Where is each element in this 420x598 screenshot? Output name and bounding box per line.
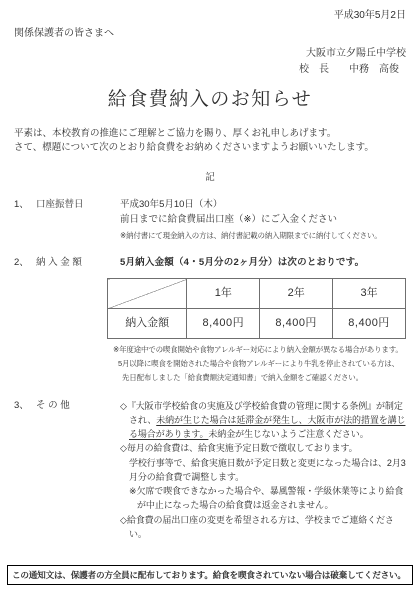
table-header-row: 1年 2年 3年 <box>108 279 406 309</box>
table-note-2: 5月以降に喫食を開始された場合や食物アレルギーにより牛乳を停止されている方は、 <box>113 357 406 371</box>
grade-2-amount: 8,400円 <box>260 309 333 339</box>
page-title: 給食費納入のお知らせ <box>14 86 406 115</box>
amount-row-label: 納入金額 <box>108 309 187 339</box>
section2-label: 2、 納 入 金 額 <box>14 256 120 270</box>
other-item-monthly-fee: ◇毎月の給食費は、給食実施予定日数で徴収しております。 <box>120 441 406 455</box>
fee-table: 1年 2年 3年 納入金額 8,400円 8,400円 8,400円 <box>107 278 406 339</box>
notice-document: 平成30年5月2日 関係保護者の皆さまへ 大阪市立夕陽丘中学校 校 長 中務 高… <box>0 0 420 598</box>
section3-content: ◇『大阪市学校給食の実施及び学校給食費の管理に関する条例』が制定され、未納が生じ… <box>120 399 406 541</box>
section3-title: そ の 他 <box>36 399 70 413</box>
section1-title: 口座振替日 <box>36 198 84 212</box>
table-amount-row: 納入金額 8,400円 8,400円 8,400円 <box>108 309 406 339</box>
section1-number: 1、 <box>14 198 36 212</box>
grade-1-amount: 8,400円 <box>187 309 260 339</box>
section1-content: 平成30年5月10日（木） 前日までに給食費届出口座（※）にご入金ください ※納… <box>120 198 406 241</box>
other-item-account-change: ◇給食費の届出口座の変更を希望される方は、学校までご連絡ください。 <box>120 513 406 541</box>
section3-number: 3、 <box>14 399 36 413</box>
school-name: 大阪市立夕陽丘中学校 <box>14 46 406 62</box>
ki-marker: 記 <box>14 171 406 185</box>
section2-title: 納 入 金 額 <box>36 256 82 270</box>
grade-1-header: 1年 <box>187 279 260 309</box>
section3-label: 3、 そ の 他 <box>14 399 120 413</box>
transfer-date: 平成30年5月10日（木） <box>120 198 406 213</box>
section-payment-amount: 2、 納 入 金 額 5月納入金額（4・5月分の2ヶ月分）は次のとおりです。 <box>14 256 406 270</box>
intro-line-1: 平素は、本校教育の推進にご理解とご協力を賜り、厚くお礼申しあげます。 <box>14 127 406 142</box>
table-notes: ※年度途中での喫食開始や食物アレルギー対応により納入金額が異なる場合があります。… <box>113 343 406 385</box>
intro-line-2: さて、標題について次のとおり給食費をお納めくださいますようお願いいたします。 <box>14 141 406 156</box>
deposit-instruction: 前日までに給食費届出口座（※）にご入金ください <box>120 213 406 228</box>
section1-label: 1、 口座振替日 <box>14 198 120 212</box>
section2-content: 5月納入金額（4・5月分の2ヶ月分）は次のとおりです。 <box>120 256 406 270</box>
grade-2-header: 2年 <box>260 279 333 309</box>
no-refund-note: ※欠席で喫食できなかった場合や、暴風警報・学級休業等により給食が中止になった場合… <box>129 484 406 512</box>
table-note-3: 先日配布しました「給食費額決定通知書」で納入金額をご確認ください。 <box>113 371 406 385</box>
diagonal-corner-cell <box>108 279 187 309</box>
sender-block: 大阪市立夕陽丘中学校 校 長 中務 高俊 <box>14 46 406 77</box>
section-account-transfer-date: 1、 口座振替日 平成30年5月10日（木） 前日までに給食費届出口座（※）にご… <box>14 198 406 241</box>
amount-heading: 5月納入金額（4・5月分の2ヶ月分）は次のとおりです。 <box>120 256 406 270</box>
table-note-1: ※年度途中での喫食開始や食物アレルギー対応により納入金額が異なる場合があります。 <box>113 343 406 357</box>
payment-slip-note: ※納付書にて現金納入の方は、納付書記載の納入期限までに納付してください。 <box>120 230 406 241</box>
grade-3-header: 3年 <box>333 279 406 309</box>
ordinance-text-post: 未納金が生じないようご注意ください。 <box>208 429 368 439</box>
grade-3-amount: 8,400円 <box>333 309 406 339</box>
document-date: 平成30年5月2日 <box>14 8 406 23</box>
section-other: 3、 そ の 他 ◇『大阪市学校給食の実施及び学校給食費の管理に関する条例』が制… <box>14 399 406 541</box>
intro-paragraph: 平素は、本校教育の推進にご理解とご協力を賜り、厚くお礼申しあげます。 さて、標題… <box>14 127 406 156</box>
section2-number: 2、 <box>14 256 36 270</box>
principal-name: 校 長 中務 高俊 <box>14 62 406 78</box>
footer-notice-box: この通知文は、保護者の方全員に配布しております。給食を喫食されていない場合は破棄… <box>7 565 413 585</box>
addressee: 関係保護者の皆さまへ <box>14 26 406 41</box>
monthly-fee-adjustment-note: 学校行事等で、給食実施日数が予定日数と変更になった場合は、2月3月分の給食費で調… <box>129 456 406 484</box>
other-item-ordinance: ◇『大阪市学校給食の実施及び学校給食費の管理に関する条例』が制定され、未納が生じ… <box>120 399 406 442</box>
